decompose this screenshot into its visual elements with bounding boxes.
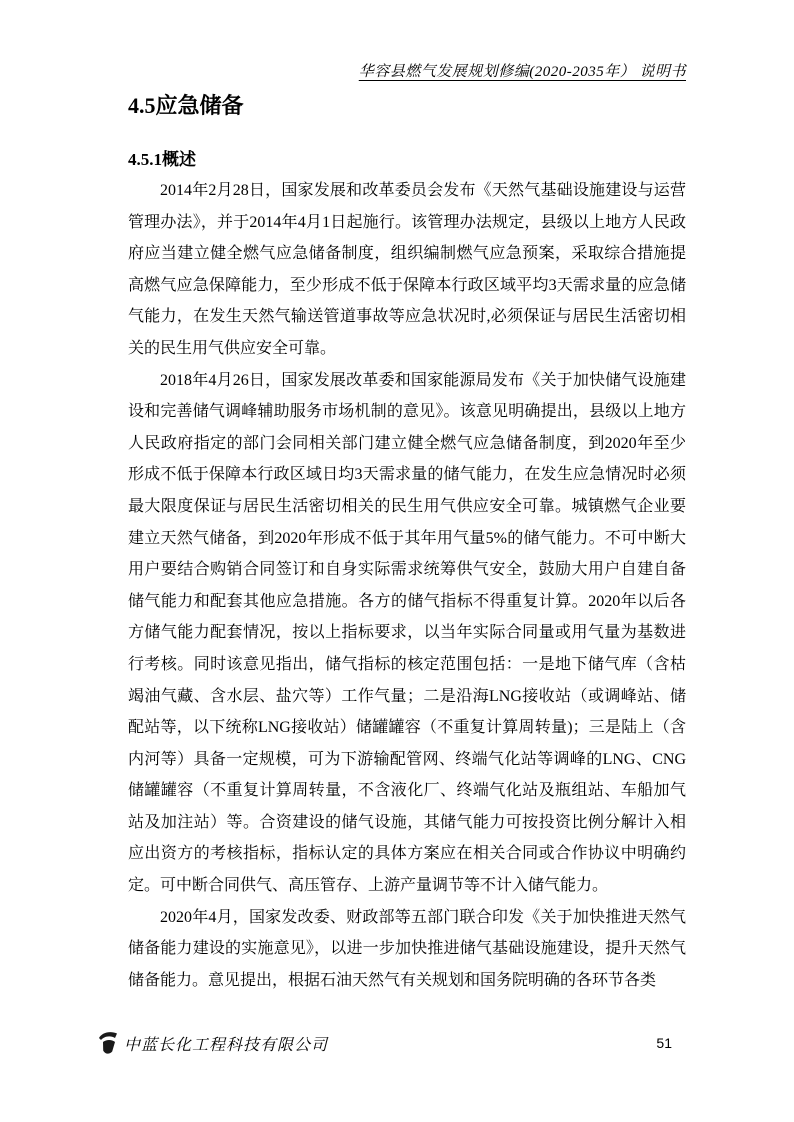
paragraph: 2018年4月26日，国家发展改革委和国家能源局发布《关于加快储气设施建设和完善… <box>128 365 686 902</box>
footer-company-name: 中蓝长化工程科技有限公司 <box>124 1032 328 1055</box>
subsection-title: 概述 <box>162 150 196 169</box>
paragraph: 2014年2月28日，国家发展和改革委员会发布《天然气基础设施建设与运营管理办法… <box>128 175 686 365</box>
page-footer: 中蓝长化工程科技有限公司 51 <box>98 1031 672 1055</box>
header-title: 华容县燃气发展规划修编(2020-2035年） 说明书 <box>359 64 686 80</box>
subsection-heading: 4.5.1概述 <box>128 148 686 172</box>
section-number: 4.5 <box>128 93 156 118</box>
body-text: 2014年2月28日，国家发展和改革委员会发布《天然气基础设施建设与运营管理办法… <box>128 175 686 996</box>
section-heading: 4.5应急储备 <box>128 92 686 120</box>
subsection-number: 4.5.1 <box>128 150 162 169</box>
page-header: 华容县燃气发展规划修编(2020-2035年） 说明书 <box>128 60 686 81</box>
document-page: 华容县燃气发展规划修编(2020-2035年） 说明书 4.5应急储备 4.5.… <box>0 0 794 1122</box>
page-number: 51 <box>656 1035 672 1051</box>
company-logo-icon <box>98 1031 118 1055</box>
footer-company-block: 中蓝长化工程科技有限公司 <box>98 1031 328 1055</box>
section-title: 应急储备 <box>156 93 244 118</box>
paragraph: 2020年4月，国家发改委、财政部等五部门联合印发《关于加快推进天然气储备能力建… <box>128 902 686 997</box>
